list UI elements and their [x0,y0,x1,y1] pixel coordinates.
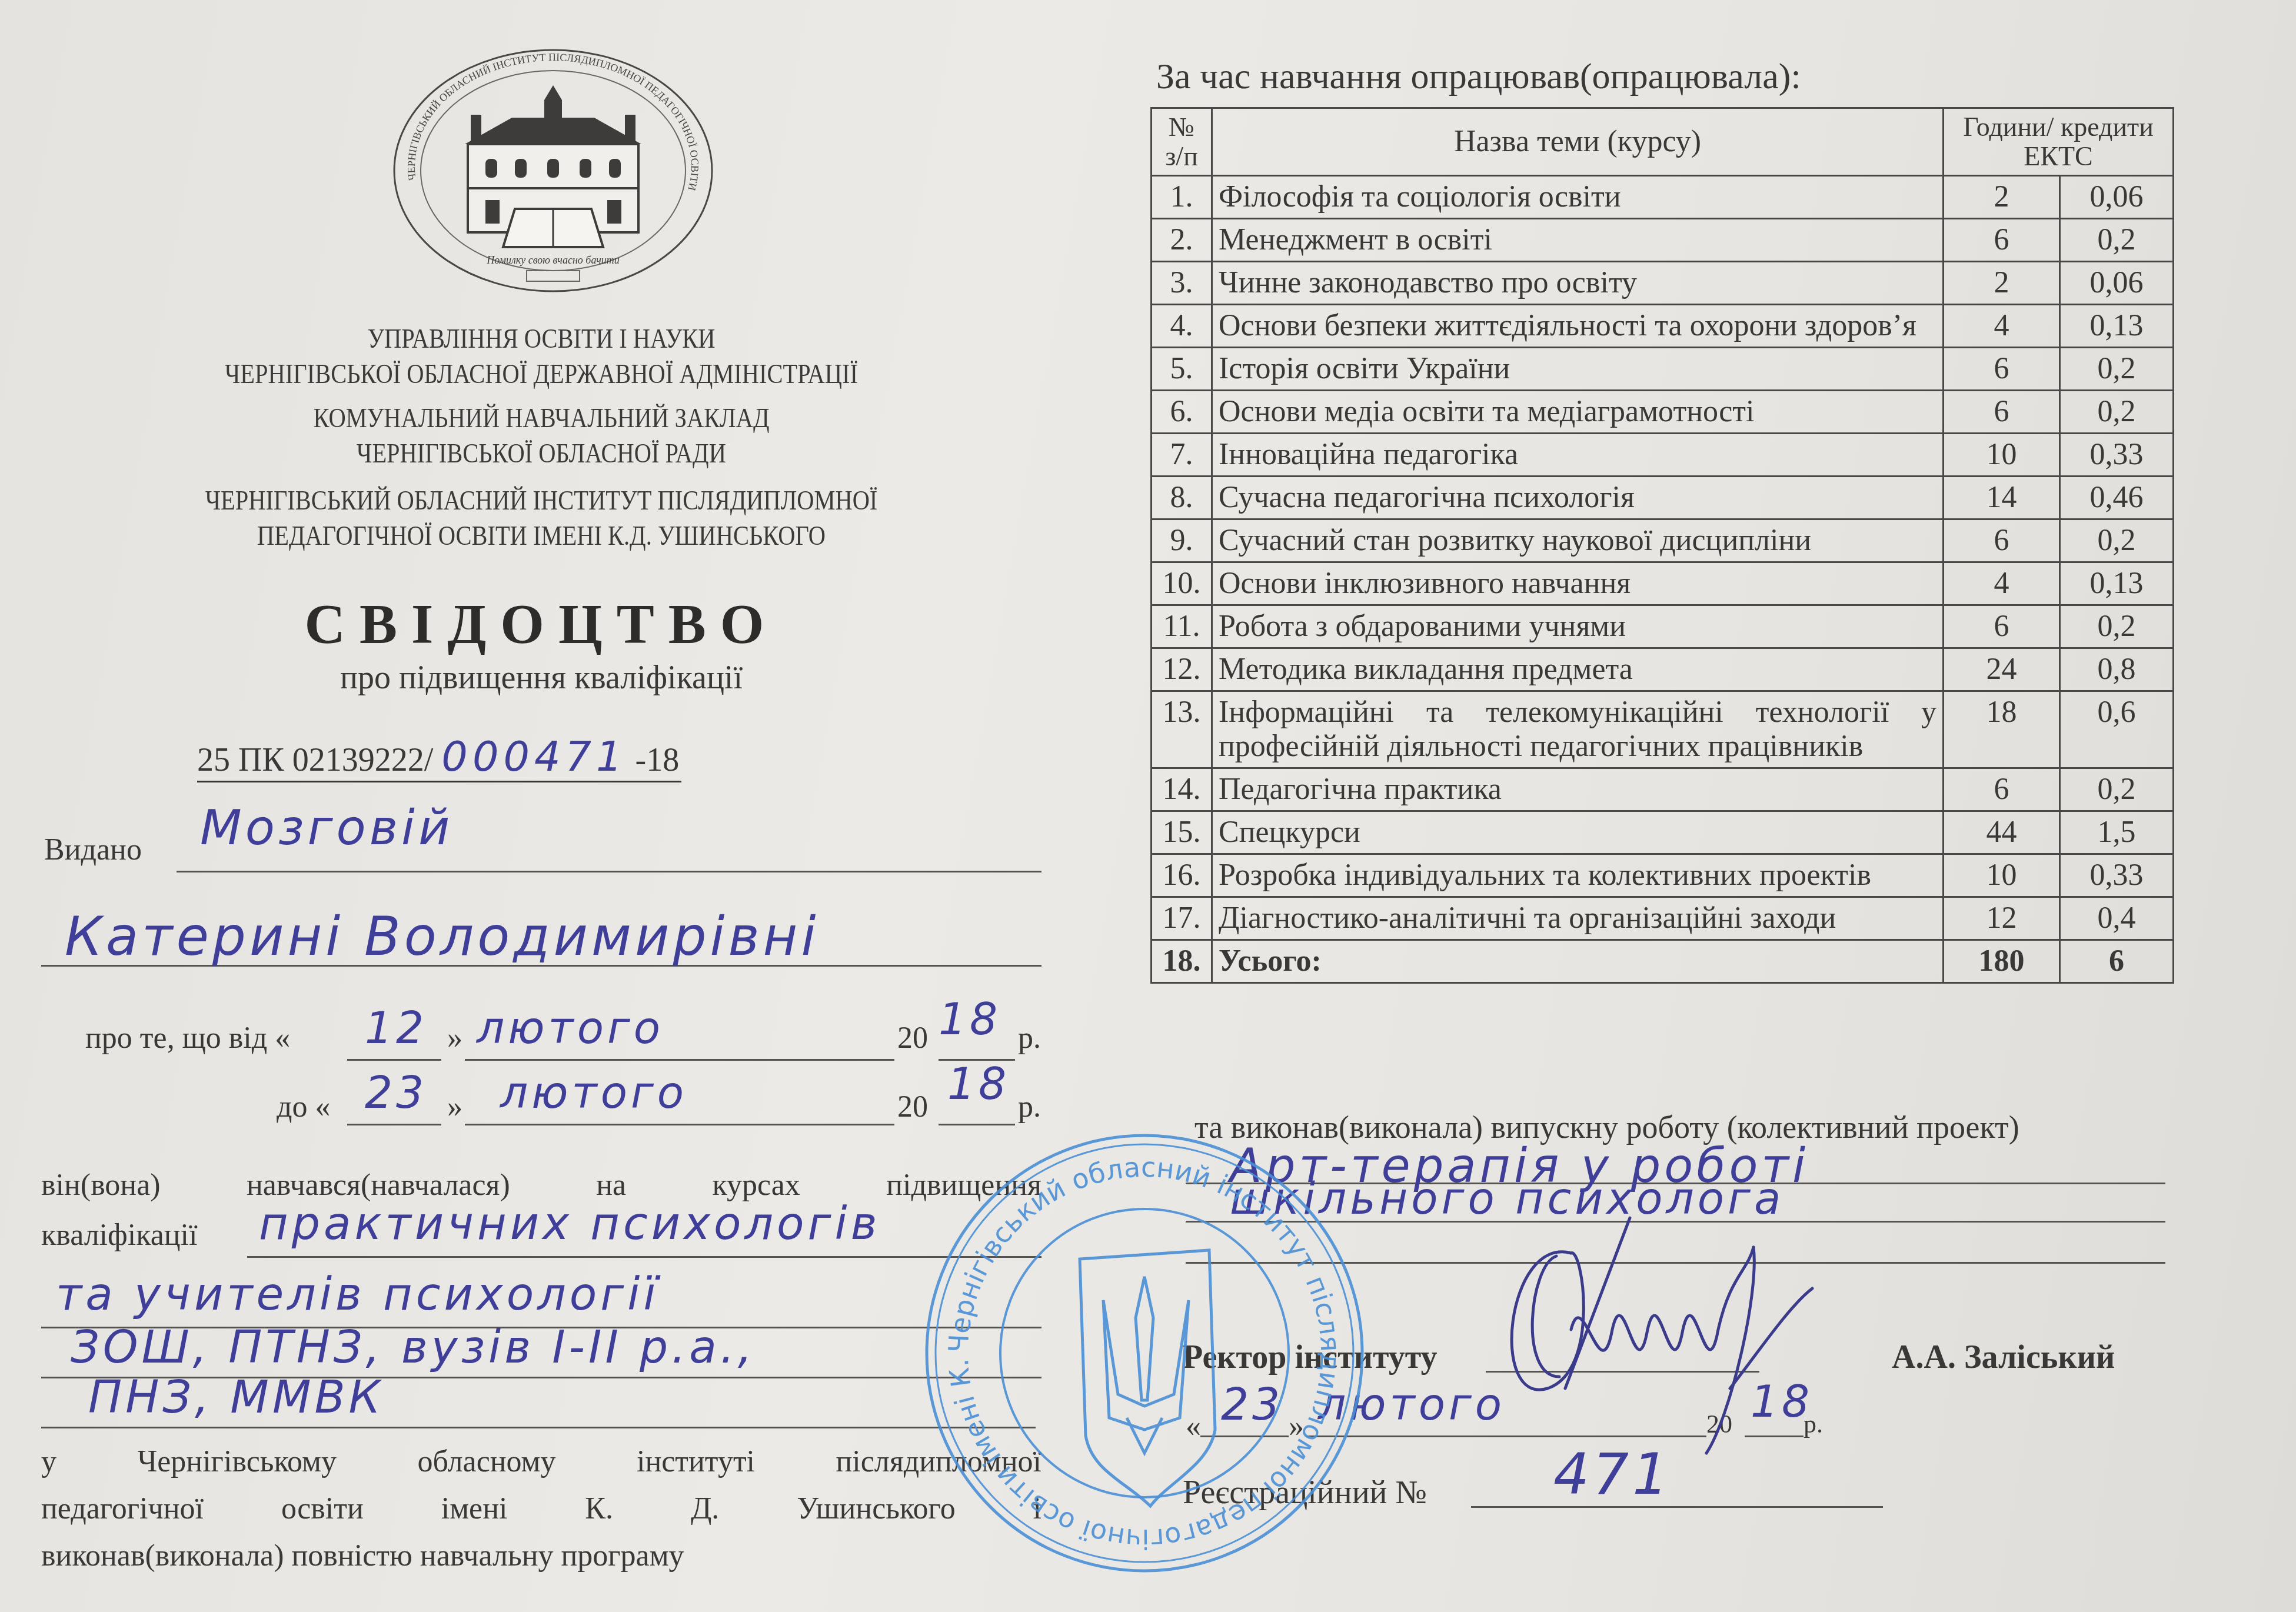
to-month: лютого [500,1068,687,1118]
from-year-prefix: 20 [897,1021,928,1055]
course-hours: 6 [1944,519,2060,562]
issued-to-label: Видано [44,832,142,867]
to-quote-close: » [447,1090,462,1124]
course-hours: 2 [1944,262,2060,305]
table-row: 14.Педагогічна практика60,2 [1152,768,2174,811]
from-day: 12 [365,1003,427,1054]
certificate-number: 25 ПК 02139222/ 000471 -18 [197,732,681,782]
certificate-spread: ЧЕРНІГІВСЬКИЙ ОБЛАСНИЙ ІНСТИТУТ ПІСЛЯДИП… [0,0,2296,1612]
to-month-line [465,1124,894,1125]
org-line-3: КОМУНАЛЬНИЙ НАВЧАЛЬНИЙ ЗАКЛАД [65,400,1017,437]
row-number: 16. [1152,854,1212,897]
table-row: 2.Менеджмент в освіті60,2 [1152,219,2174,262]
institute-emblem-icon: ЧЕРНІГІВСЬКИЙ ОБЛАСНИЙ ІНСТИТУТ ПІСЛЯДИП… [377,41,730,300]
qualification-text-2: та учителів психології [56,1268,660,1320]
table-row: 9.Сучасний стан розвитку наукової дисцип… [1152,519,2174,562]
table-row: 1.Філософія та соціологія освіти20,06 [1152,176,2174,219]
from-month: лютого [477,1003,664,1054]
header-name: Назва теми (курсу) [1212,108,1944,176]
course-ects: 0,33 [2060,434,2174,477]
course-hours: 10 [1944,434,2060,477]
from-year-suffix: р. [1018,1021,1041,1055]
row-number: 3. [1152,262,1212,305]
courses-heading: За час навчання опрацював(опрацювала): [1156,56,1801,98]
row-number: 15. [1152,811,1212,854]
course-ects: 0,8 [2060,648,2174,691]
from-date-label: про те, що від « [85,1021,290,1055]
course-hours: 6 [1944,768,2060,811]
certificate-number-prefix: 25 ПК 02139222/ [197,742,433,778]
to-day-line [347,1124,441,1125]
course-name: Основи інклюзивного навчання [1212,562,1944,605]
course-hours: 44 [1944,811,2060,854]
course-hours: 2 [1944,176,2060,219]
issued-to-line [177,871,1041,872]
table-row: 15.Спецкурси441,5 [1152,811,2174,854]
table-row: 6.Основи медіа освіти та медіаграмотност… [1152,391,2174,434]
course-hours: 24 [1944,648,2060,691]
course-hours: 6 [1944,391,2060,434]
qualification-text-4: ПНЗ, ММВК [88,1371,384,1423]
table-row: 3.Чинне законодавство про освіту20,06 [1152,262,2174,305]
row-number: 12. [1152,648,1212,691]
issued-to-surname: Мозговій [200,800,453,856]
qualification-line-4 [41,1427,1036,1428]
registration-line [1471,1506,1883,1508]
course-name: Спецкурси [1212,811,1944,854]
course-ects: 0,2 [2060,519,2174,562]
course-name: Робота з обдарованими учнями [1212,605,1944,648]
row-number: 14. [1152,768,1212,811]
qualification-text-3: ЗОШ, ПТНЗ, вузів І-ІІ р.а., [71,1321,756,1373]
header-hours-credits: Години/ кредити ЕКТС [1944,108,2174,176]
row-number: 11. [1152,605,1212,648]
table-row: 13.Інформаційні та телекомунікаційні тех… [1152,691,2174,768]
table-row: 12.Методика викладання предмета240,8 [1152,648,2174,691]
table-row: 7.Інноваційна педагогіка100,33 [1152,434,2174,477]
total-row-number: 18. [1152,940,1212,983]
course-ects: 0,33 [2060,854,2174,897]
course-name: Історія освіти України [1212,348,1944,391]
row-number: 10. [1152,562,1212,605]
course-hours: 6 [1944,605,2060,648]
certificate-number-handwritten: 000471 [441,732,627,781]
course-name: Педагогічна практика [1212,768,1944,811]
rector-name: А.А. Заліський [1892,1338,2115,1376]
row-number: 9. [1152,519,1212,562]
course-hours: 4 [1944,305,2060,348]
table-row: 8.Сучасна педагогічна психологія140,46 [1152,477,2174,519]
trident-coat-of-arms-icon [1080,1250,1215,1506]
document-title: СВІДОЦТВО [0,591,1083,657]
row-number: 2. [1152,219,1212,262]
course-name: Філософія та соціологія освіти [1212,176,1944,219]
course-name: Чинне законодавство про освіту [1212,262,1944,305]
course-hours: 12 [1944,897,2060,940]
header-no: № з/п [1152,108,1212,176]
course-name: Менеджмент в освіті [1212,219,1944,262]
table-row: 16.Розробка індивідуальних та колективни… [1152,854,2174,897]
courses-table-body: 1.Філософія та соціологія освіти20,062.М… [1152,176,2174,983]
official-round-seal-icon: Чернігівський обласний інститут післядип… [915,1124,1374,1583]
rector-signature-icon [1483,1212,1895,1459]
table-header-row: № з/п Назва теми (курсу) Години/ кредити… [1152,108,2174,176]
row-number: 13. [1152,691,1212,768]
course-name: Методика викладання предмета [1212,648,1944,691]
course-ects: 0,06 [2060,262,2174,305]
total-label: Усього: [1212,940,1944,983]
course-ects: 1,5 [2060,811,2174,854]
table-row: 10.Основи інклюзивного навчання40,13 [1152,562,2174,605]
document-subtitle: про підвищення кваліфікації [0,659,1083,697]
row-number: 5. [1152,348,1212,391]
org-line-4: ЧЕРНІГІВСЬКОЇ ОБЛАСНОЇ РАДИ [65,435,1017,472]
course-hours: 6 [1944,348,2060,391]
course-ects: 0,13 [2060,305,2174,348]
institute-text-3: виконав(виконала) повністю навчальну про… [41,1536,1041,1577]
course-name: Сучасний стан розвитку наукової дисциплі… [1212,519,1944,562]
total-hours: 180 [1944,940,2060,983]
course-name: Основи медіа освіти та медіаграмотності [1212,391,1944,434]
table-row: 5.Історія освіти України60,2 [1152,348,2174,391]
institute-text-1: у Чернігівському обласному інституті піс… [41,1441,1041,1483]
course-name: Інформаційні та телекомунікаційні технол… [1212,691,1944,768]
course-ects: 0,2 [2060,219,2174,262]
to-year-suffix: р. [1018,1090,1041,1124]
org-line-1: УПРАВЛІННЯ ОСВІТИ І НАУКИ [65,321,1017,357]
course-ects: 0,13 [2060,562,2174,605]
course-ects: 0,2 [2060,391,2174,434]
course-name: Розробка індивідуальних та колективних п… [1212,854,1944,897]
table-row: 11.Робота з обдарованими учнями60,2 [1152,605,2174,648]
course-name: Інноваційна педагогіка [1212,434,1944,477]
table-total-row: 18.Усього:1806 [1152,940,2174,983]
row-number: 1. [1152,176,1212,219]
org-line-2: ЧЕРНІГІВСЬКОЇ ОБЛАСНОЇ ДЕРЖАВНОЇ АДМІНІС… [65,356,1017,392]
course-hours: 4 [1944,562,2060,605]
course-ects: 0,2 [2060,348,2174,391]
org-line-5: ЧЕРНІГІВСЬКИЙ ОБЛАСНИЙ ІНСТИТУТ ПІСЛЯДИП… [65,482,1017,519]
to-year: 18 [947,1059,1010,1110]
to-date-label: до « [277,1090,330,1124]
total-ects: 6 [2060,940,2174,983]
course-hours: 14 [1944,477,2060,519]
row-number: 17. [1152,897,1212,940]
course-ects: 0,2 [2060,768,2174,811]
table-row: 17.Діагностико-аналітичні та організацій… [1152,897,2174,940]
course-hours: 10 [1944,854,2060,897]
course-ects: 0,6 [2060,691,2174,768]
qualification-text-1: практичних психологів [259,1197,880,1250]
course-name: Діагностико-аналітичні та організаційні … [1212,897,1944,940]
course-hours: 18 [1944,691,2060,768]
course-ects: 0,06 [2060,176,2174,219]
row-number: 7. [1152,434,1212,477]
row-number: 8. [1152,477,1212,519]
course-name: Сучасна педагогічна психологія [1212,477,1944,519]
table-row: 4.Основи безпеки життєдіяльності та охор… [1152,305,2174,348]
from-quote-close: » [447,1021,462,1055]
svg-text:Помилку свою вчасно бачити: Помилку свою вчасно бачити [486,254,620,266]
issued-to-name: Катерині Володимирівні [65,906,819,968]
course-ects: 0,4 [2060,897,2174,940]
from-month-line [465,1059,894,1061]
course-ects: 0,46 [2060,477,2174,519]
qualification-label: кваліфікації [41,1218,197,1253]
to-day: 23 [365,1068,427,1118]
course-name: Основи безпеки життєдіяльності та охорон… [1212,305,1944,348]
from-year: 18 [939,994,1001,1045]
institute-text-2: педагогічної освіти імені К. Д. Ушинсько… [41,1488,1041,1530]
row-number: 6. [1152,391,1212,434]
course-ects: 0,2 [2060,605,2174,648]
org-line-6: ПЕДАГОГІЧНОЇ ОСВІТИ ІМЕНІ К.Д. УШИНСЬКОГ… [65,518,1017,554]
certificate-number-suffix: -18 [635,742,680,778]
row-number: 4. [1152,305,1212,348]
course-hours: 6 [1944,219,2060,262]
to-year-prefix: 20 [897,1090,928,1124]
from-day-line [347,1059,441,1061]
courses-table: № з/п Назва теми (курсу) Години/ кредити… [1150,107,2174,984]
